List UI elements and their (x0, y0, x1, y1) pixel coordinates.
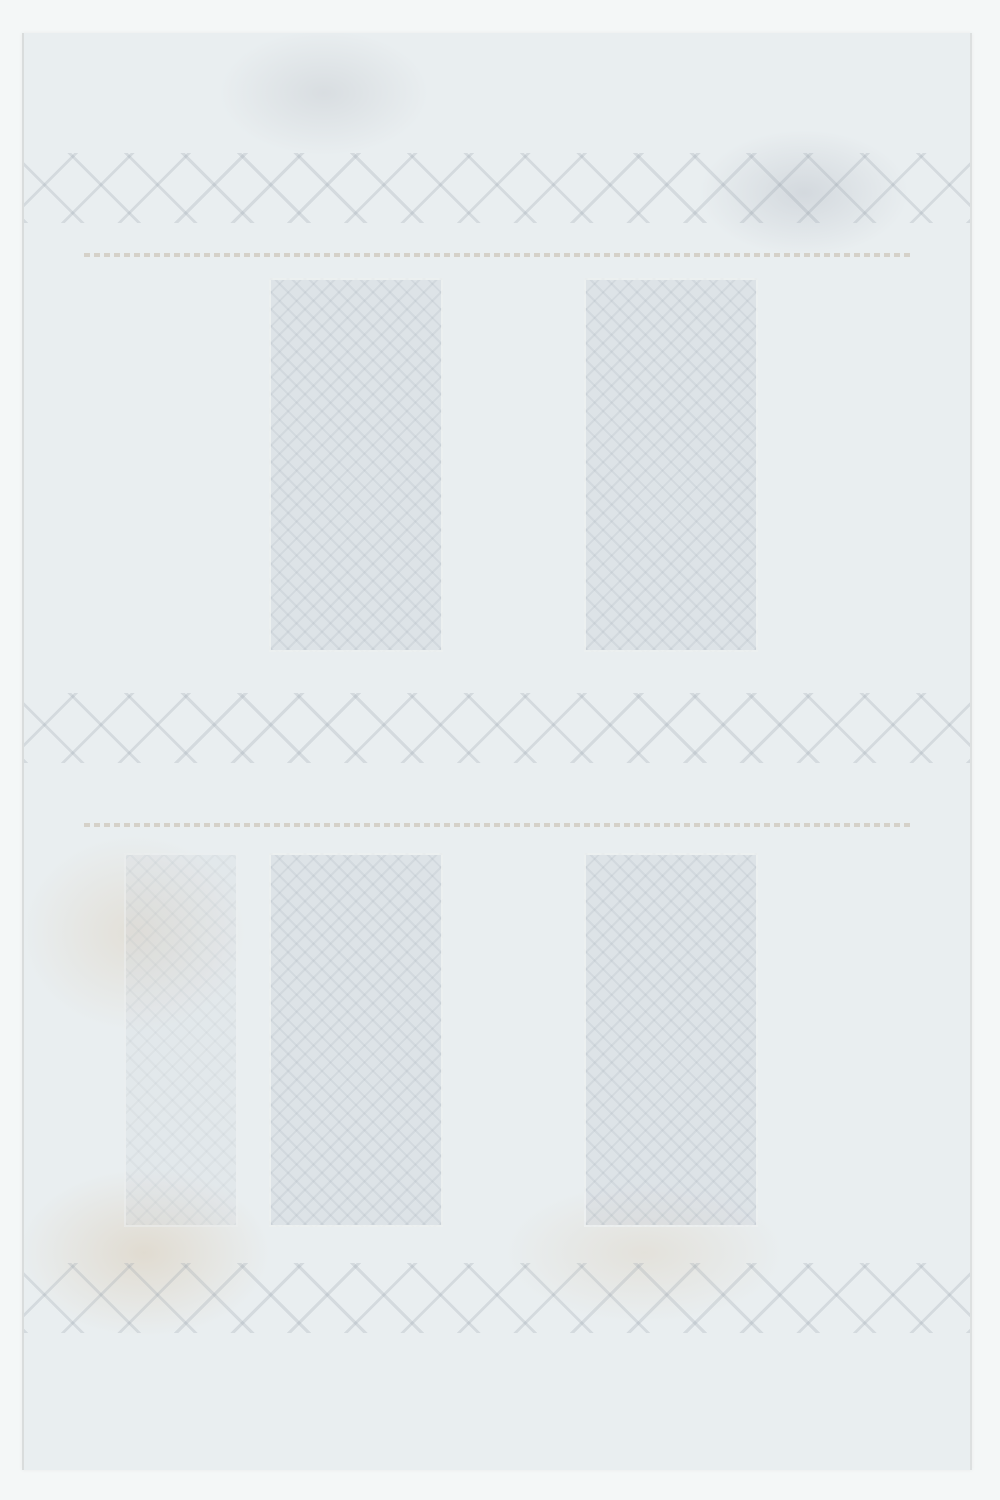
rug (22, 33, 972, 1470)
pattern-panel (269, 278, 443, 652)
pattern-panel (269, 853, 443, 1227)
diamond-band-middle (24, 693, 970, 763)
border-stripe (84, 823, 910, 827)
pattern-panel (584, 853, 758, 1227)
diamond-band-top (24, 153, 970, 223)
border-stripe (84, 253, 910, 257)
diamond-band-bottom (24, 1263, 970, 1333)
pattern-panel (124, 853, 238, 1227)
pattern-panel (584, 278, 758, 652)
